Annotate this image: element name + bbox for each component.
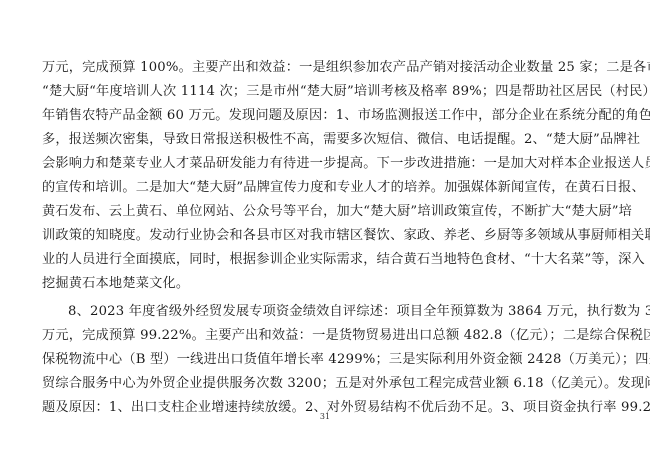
text-line: “楚大厨“年度培训人次 1114 次；三是市州“楚大厨”培训考核及格率 89%；…	[42, 83, 608, 101]
text-line: 保税物流中心（B 型）一线进出口货值年增长率 4299%；三是实际利用外资金额 …	[42, 351, 608, 369]
text-line: 万元，完成预算 100%。主要产出和效益：一是组织参加农产品产销对接活动企业数量…	[42, 59, 608, 77]
text-line: 的宣传和培训。二是加大“楚大厨”品牌宣传力度和专业人才的培养。加强媒体新闻宣传，…	[42, 179, 608, 197]
paragraph-heading-line: 8、2023 年度省级外经贸发展专项资金绩效自评综述：项目全年预算数为 3864…	[68, 303, 608, 321]
text-line: 多，报送频次密集，导致日常报送积极性不高，需要多次短信、微信、电话提醒。2、“楚…	[42, 131, 608, 149]
text-line: 挖掘黄石本地楚菜文化。	[42, 275, 608, 293]
page-number: 31	[0, 412, 650, 421]
text-line: 贸综合服务中心为外贸企业提供服务次数 3200；五是对外承包工程完成营业额 6.…	[42, 375, 608, 393]
text-line: 业的人员进行全面摸底，同时，根据参训企业实际需求，结合黄石当地特色食材、“十大名…	[42, 251, 608, 269]
text-line: 会影响力和楚菜专业人才菜品研发能力有待进一步提高。下一步改进措施：一是加大对样本…	[42, 155, 608, 173]
document-page: 万元，完成预算 100%。主要产出和效益：一是组织参加农产品产销对接活动企业数量…	[0, 0, 650, 459]
text-line: 训政策的知晓度。发动行业协会和各县市区对我市辖区餐饮、家政、养老、乡厨等多领域从…	[42, 227, 608, 245]
text-line: 黄石发布、云上黄石、单位网站、公众号等平台，加大“楚大厨”培训政策宣传，不断扩大…	[42, 203, 608, 221]
text-line: 万元，完成预算 99.22%。主要产出和效益：一是货物贸易进出口总额 482.8…	[42, 327, 608, 345]
text-line: 年销售农特产品金额 60 万元。发现问题及原因：1、市场监测报送工作中，部分企业…	[42, 107, 608, 125]
